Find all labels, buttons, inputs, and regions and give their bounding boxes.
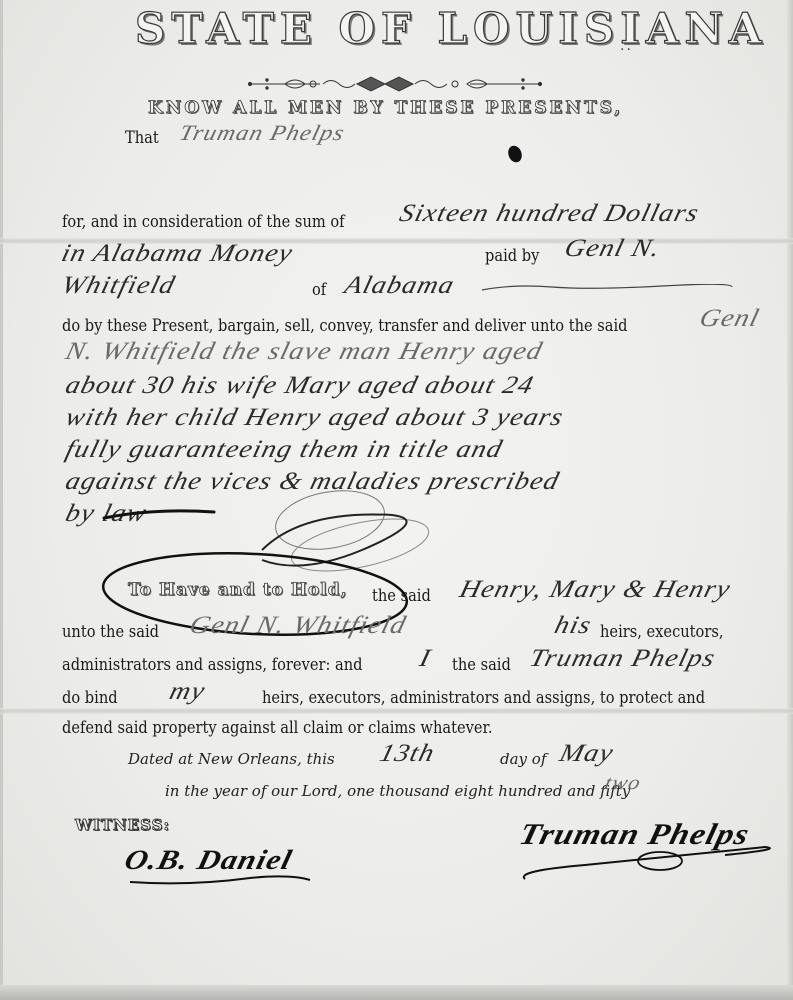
handwritten-buyer-said: Genl	[697, 305, 763, 333]
title-trailing-dots: ..	[620, 38, 633, 54]
printed-unto-the-said: unto the said	[62, 622, 159, 642]
handwritten-seller-name-2: Truman Phelps	[527, 645, 719, 673]
document-title: STATE OF LOUISIANA	[135, 4, 767, 53]
fill-line	[480, 284, 740, 294]
fold-crease	[0, 708, 793, 714]
handwritten-buyer-state: Alabama	[342, 272, 458, 300]
printed-convey-clause: do by these Present, bargain, sell, conv…	[62, 316, 628, 336]
handwritten-slaves-named: Henry, Mary & Henry	[457, 576, 734, 604]
handwritten-his: his	[552, 612, 595, 640]
printed-that: That	[125, 128, 159, 148]
seller-signature-flourish	[515, 845, 785, 885]
printed-dated-at: Dated at New Orleans, this	[128, 750, 335, 768]
printed-defend-clause: defend said property against all claim o…	[62, 718, 493, 738]
printed-consideration: for, and in consideration of the sum of	[62, 212, 345, 232]
handwritten-seller-name: Truman Phelps	[177, 120, 348, 146]
printed-paid-by: paid by	[485, 246, 539, 266]
handwritten-my: my	[167, 678, 209, 706]
printed-administrators-assigns: administrators and assigns, forever: and	[62, 655, 363, 675]
printed-the-said: the said	[372, 586, 431, 606]
handwritten-day: 13th	[377, 740, 438, 768]
handwritten-line-2: about 30 his wife Mary aged about 24	[63, 372, 537, 400]
printed-year-of-lord: in the year of our Lord, one thousand ei…	[165, 782, 630, 800]
page-edge-bottom	[0, 985, 793, 1000]
handwritten-line-3: with her child Henry aged about 3 years	[63, 404, 567, 432]
printed-the-said-2: the said	[452, 655, 511, 675]
handwritten-line-4: fully guaranteeing them in title and	[63, 436, 506, 464]
printed-heirs-protect: heirs, executors, administrators and ass…	[262, 688, 705, 708]
printed-of: of	[312, 280, 326, 300]
printed-do-bind: do bind	[62, 688, 118, 708]
page-edge-right	[787, 0, 793, 1000]
handwritten-buyer-title: Genl N.	[562, 235, 664, 263]
ornament-divider-icon	[245, 74, 545, 94]
ink-blot	[505, 142, 525, 166]
witness-label: WITNESS:	[75, 816, 170, 834]
page-edge-left	[0, 0, 3, 1000]
handwritten-sum: Sixteen hundred Dollars	[397, 200, 702, 228]
handwritten-currency: in Alabama Money	[59, 240, 296, 268]
handwritten-unto-name: Genl N. Whitfield	[187, 612, 410, 640]
flourish-underline	[100, 508, 220, 522]
handwritten-month: May	[557, 740, 617, 768]
to-have-and-to-hold-heading: To Have and to Hold,	[128, 580, 348, 600]
printed-heirs-executors: heirs, executors,	[600, 622, 724, 642]
know-all-men-heading: KNOW ALL MEN BY THESE PRESENTS,	[148, 98, 623, 118]
handwritten-line-1: N. Whitfield the slave man Henry aged	[63, 338, 546, 366]
handwritten-buyer-surname: Whitfield	[59, 272, 179, 300]
printed-day-of: day of	[500, 750, 546, 768]
witness-signature-flourish	[120, 860, 320, 890]
handwritten-line-5: against the vices & maladies prescribed	[63, 468, 563, 496]
handwritten-year-suffix: two	[602, 772, 643, 795]
